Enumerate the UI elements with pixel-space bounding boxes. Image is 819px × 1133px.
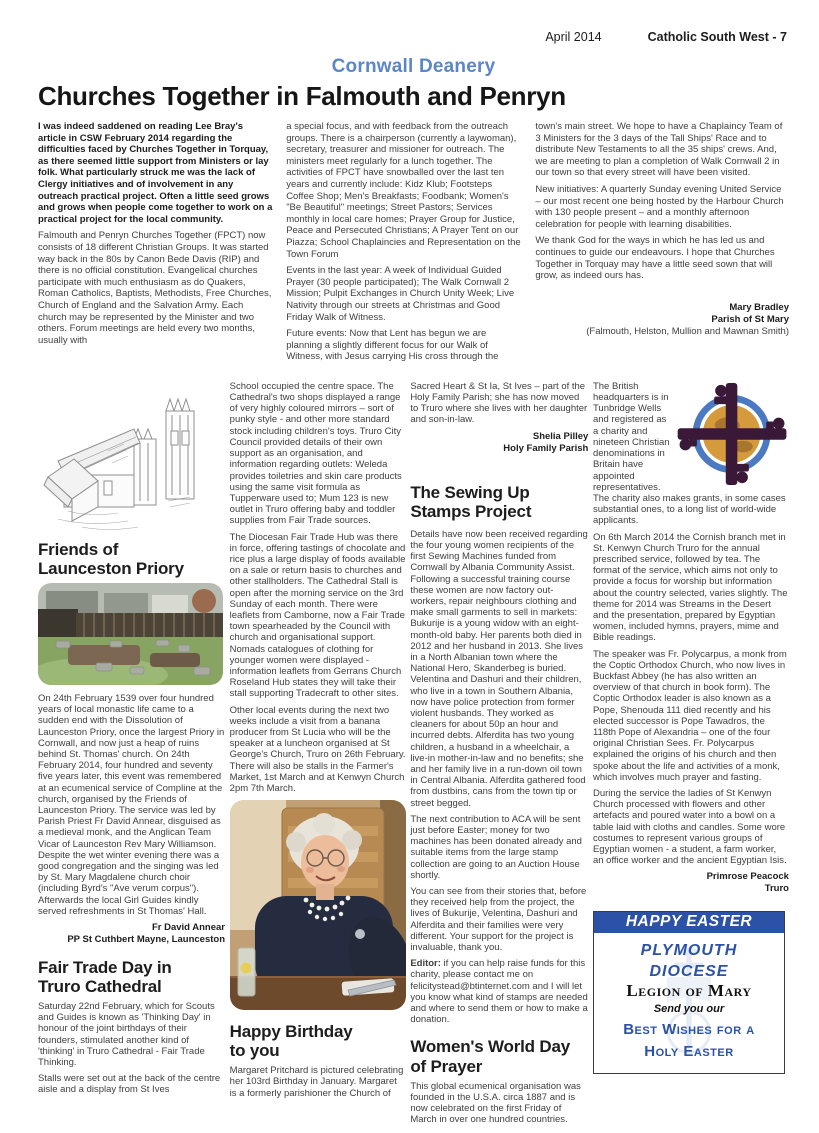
advert-line-send: Send you our [598,1004,780,1015]
fairtrade-paragraph: Stalls were set out at the back of the c… [38,1073,225,1095]
wwdp-paragraph: On 6th March 2014 the Cornish branch met… [593,532,789,644]
author-parish: PP St Cuthbert Mayne, Launceston [38,934,225,946]
main-headline: Churches Together in Falmouth and Penryn [38,81,789,112]
bottom-column-4: The British headquarters is in Tunbridge… [593,381,789,1130]
fairtrade-paragraph: The Diocesan Fair Trade Hub was there in… [230,532,406,700]
priory-engraving-image [38,381,225,536]
wwdp-intro: This global ecumenical organisation was … [410,1081,588,1126]
launceston-heading: Friends of Launceston Priory [38,540,225,578]
issue-date: April 2014 [545,30,601,44]
wwdp-heading: Women's World Day of Prayer [410,1037,588,1075]
fairtrade-paragraph: School occupied the centre space. The Ca… [230,381,406,527]
lead-paragraph: Falmouth and Penryn Churches Together (F… [38,230,273,346]
author-parish: Holy Family Parish [410,443,588,455]
author-name: Primrose Peacock [593,871,789,883]
sewing-paragraph: Details have now been received regarding… [410,529,588,809]
birthday-continuation: Sacred Heart & St Ia, St Ives – part of … [410,381,588,426]
lead-paragraph: We thank God for the ways in which he ha… [535,235,789,281]
fairtrade-paragraph: Other local events during the next two w… [230,705,406,795]
page-header: April 2014 Catholic South West - 7 [38,30,789,44]
parish-note: (Falmouth, Helston, Mullion and Mawnan S… [535,326,789,338]
advert-line-legion: Legion of Mary [598,985,780,996]
sewing-editor-note: Editor: if you can help raise funds for … [410,958,588,1025]
author-name: Mary Bradley [535,302,789,314]
birthday-paragraph: Margaret Pritchard is pictured celebrati… [230,1065,406,1099]
sewing-paragraph: You can see from their stories that, bef… [410,886,588,953]
bottom-column-3: Sacred Heart & St Ia, St Ives – part of … [410,381,588,1130]
wwdp-signature: Primrose Peacock Truro [593,871,789,895]
lead-paragraph: Events in the last year: A week of Indiv… [286,265,522,323]
lead-paragraph: Future events: Now that Lent has begun w… [286,328,522,363]
advert-banner: HAPPY EASTER [594,912,784,932]
birthday-signature: Shelia Pilley Holy Family Parish [410,431,588,455]
lead-intro-paragraph: I was indeed saddened on reading Lee Bra… [38,121,273,225]
margaret-pritchard-photo [230,800,406,1010]
bottom-column-1: Friends of Launceston Priory [38,381,225,1130]
sewing-heading: The Sewing Up Stamps Project [410,483,588,521]
section-kicker: Cornwall Deanery [38,56,789,78]
fairtrade-heading: Fair Trade Day in Truro Cathedral [38,958,225,996]
author-name: Fr David Annear [38,922,225,934]
wwdp-article: The British headquarters is in Tunbridge… [593,381,789,896]
advert-body: PLYMOUTH DIOCESE Legion of Mary Send you… [594,933,784,1073]
lead-column-1: I was indeed saddened on reading Lee Bra… [38,121,273,368]
lead-paragraph: New initiatives: A quarterly Sunday even… [535,184,789,230]
priory-ruins-photo [38,583,223,685]
launceston-body: On 24th February 1539 over four hundred … [38,693,225,917]
lead-paragraph: town's main street. We hope to have a Ch… [535,121,789,179]
advert-wishes-line2: Holy Easter [598,1041,780,1063]
launceston-signature: Fr David Annear PP St Cuthbert Mayne, La… [38,922,225,946]
lead-paragraph: a special focus, and with feedback from … [286,121,522,260]
fairtrade-paragraph: Saturday 22nd February, which for Scouts… [38,1001,225,1068]
bottom-column-2: School occupied the centre space. The Ca… [230,381,406,1130]
birthday-heading: Happy Birthday to you [230,1022,406,1060]
advert-wishes-line1: Best Wishes for a [598,1019,780,1041]
newspaper-page: April 2014 Catholic South West - 7 Cornw… [0,0,819,1133]
author-town: Truro [593,883,789,895]
legion-of-mary-advert: HAPPY EASTER [593,911,785,1073]
wwdp-paragraph: During the service the ladies of St Kenw… [593,788,789,866]
author-parish: Parish of St Mary [535,314,789,326]
advert-line-plymouth: PLYMOUTH [598,940,780,962]
advert-line-wishes: Best Wishes for a Holy Easter [598,1019,780,1063]
editor-label: Editor: [410,958,441,969]
sewing-paragraph: The next contribution to ACA will be sen… [410,814,588,881]
lead-column-2: a special focus, and with feedback from … [286,121,522,368]
bottom-section: Friends of Launceston Priory [38,381,789,1130]
masthead-page-number: Catholic South West - 7 [648,30,787,44]
lead-column-3: town's main street. We hope to have a Ch… [535,121,789,368]
lead-signature: Mary Bradley Parish of St Mary (Falmouth… [535,302,789,338]
lead-article: I was indeed saddened on reading Lee Bra… [38,121,789,368]
wwdp-paragraph: The speaker was Fr. Polycarpus, a monk f… [593,649,789,783]
author-name: Shelia Pilley [410,431,588,443]
wwdp-logo-icon [677,383,789,485]
advert-line-diocese: DIOCESE [598,961,780,983]
